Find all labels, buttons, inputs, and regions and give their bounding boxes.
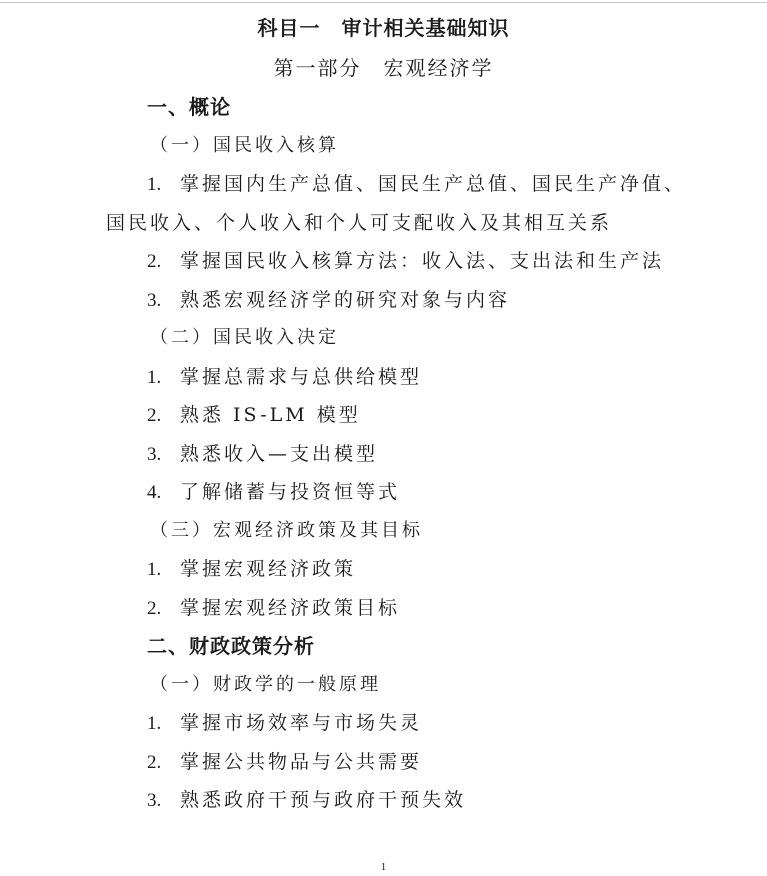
part-title: 第一部分 宏观经济学: [0, 56, 767, 80]
item-text: 熟悉政府干预与政府干预失效: [180, 789, 466, 811]
item-text: 掌握宏观经济政策: [180, 558, 356, 580]
item-number: 3.: [147, 443, 180, 467]
item-number: 2.: [147, 250, 180, 274]
list-item: 1.掌握总需求与总供给模型: [147, 365, 422, 390]
item-text: 了解储蓄与投资恒等式: [180, 481, 400, 503]
document-title: 科目一 审计相关基础知识: [0, 16, 767, 40]
item-text: 掌握宏观经济政策目标: [180, 597, 400, 619]
item-text: 熟悉收入—支出模型: [180, 443, 378, 465]
item-number: 4.: [147, 481, 180, 505]
page-number: 1: [0, 861, 767, 873]
item-text: 掌握总需求与总供给模型: [180, 366, 422, 388]
item-number: 1.: [147, 558, 180, 582]
list-item: 3.熟悉收入—支出模型: [147, 442, 378, 467]
item-text: 国民收入、个人收入和个人可支配收入及其相互关系: [106, 212, 612, 234]
list-item: 4.了解储蓄与投资恒等式: [147, 480, 400, 505]
item-number: 1.: [147, 366, 180, 390]
page-top-border: [0, 2, 767, 3]
item-text: 掌握国民收入核算方法：收入法、支出法和生产法: [180, 250, 664, 272]
list-item: 1.掌握宏观经济政策: [147, 557, 356, 582]
list-item: 2.掌握国民收入核算方法：收入法、支出法和生产法: [147, 249, 664, 274]
list-item-continuation: 国民收入、个人收入和个人可支配收入及其相互关系: [106, 211, 612, 235]
item-text: 掌握市场效率与市场失灵: [180, 712, 422, 734]
list-item: 2.掌握宏观经济政策目标: [147, 596, 400, 621]
item-number: 3.: [147, 289, 180, 313]
subsection-heading: （一）财政学的一般原理: [150, 673, 381, 697]
list-item: 3.熟悉政府干预与政府干预失效: [147, 788, 466, 813]
subsection-heading: （二）国民收入决定: [150, 326, 339, 350]
item-number: 3.: [147, 789, 180, 813]
item-text: 熟悉宏观经济学的研究对象与内容: [180, 289, 510, 311]
item-number: 2.: [147, 404, 180, 428]
subsection-heading: （一）国民收入核算: [150, 134, 339, 158]
item-number: 2.: [147, 751, 180, 775]
subsection-heading: （三）宏观经济政策及其目标: [150, 519, 423, 543]
list-item: 3.熟悉宏观经济学的研究对象与内容: [147, 288, 510, 313]
item-number: 1.: [147, 712, 180, 736]
list-item: 2.熟悉 IS-LM 模型: [147, 403, 361, 428]
section-heading: 一、概论: [147, 95, 231, 119]
item-text: 掌握国内生产总值、国民生产总值、国民生产净值、: [180, 173, 686, 195]
section-heading: 二、财政政策分析: [147, 634, 315, 658]
item-number: 1.: [147, 173, 180, 197]
item-text: 掌握公共物品与公共需要: [180, 751, 422, 773]
item-number: 2.: [147, 597, 180, 621]
item-text: 熟悉 IS-LM 模型: [180, 404, 361, 426]
list-item: 2.掌握公共物品与公共需要: [147, 750, 422, 775]
list-item: 1.掌握国内生产总值、国民生产总值、国民生产净值、: [147, 172, 686, 197]
list-item: 1.掌握市场效率与市场失灵: [147, 711, 422, 736]
